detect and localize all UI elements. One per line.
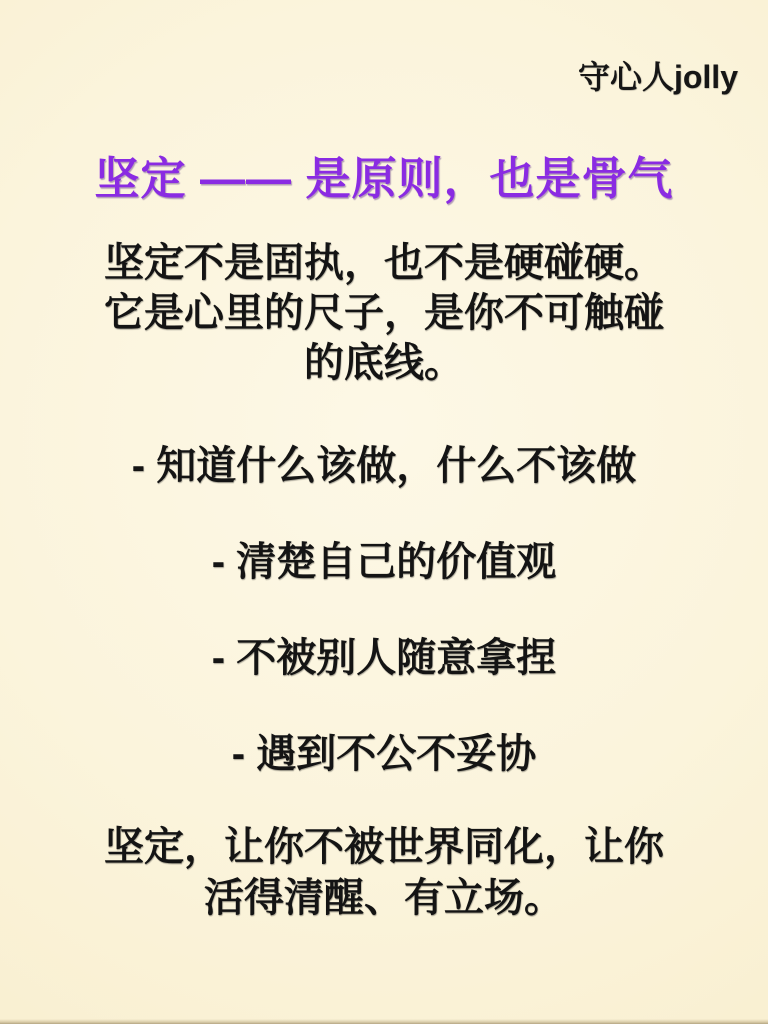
bullet-item-4: - 遇到不公不妥协 — [0, 731, 768, 778]
author-watermark: 守心人jolly — [578, 52, 738, 98]
bullet-item-2: - 清楚自己的价值观 — [0, 539, 768, 586]
bullet-list: - 知道什么该做，什么不该做 - 清楚自己的价值观 - 不被别人随意拿捏 - 遇… — [0, 443, 768, 827]
intro-paragraph: 坚定不是固执，也不是硬碰硬。 它是心里的尺子，是你不可触碰 的底线。 — [0, 238, 768, 388]
closing-paragraph: 坚定，让你不被世界同化，让你 活得清醒、有立场。 — [0, 822, 768, 924]
page-title: 坚定 —— 是原则，也是骨气 — [0, 142, 768, 207]
bullet-item-3: - 不被别人随意拿捏 — [0, 635, 768, 682]
bullet-item-1: - 知道什么该做，什么不该做 — [0, 443, 768, 490]
text-poster-card: 守心人jolly 坚定 —— 是原则，也是骨气 坚定不是固执，也不是硬碰硬。 它… — [0, 0, 768, 1024]
bottom-edge-shadow — [0, 1019, 768, 1024]
